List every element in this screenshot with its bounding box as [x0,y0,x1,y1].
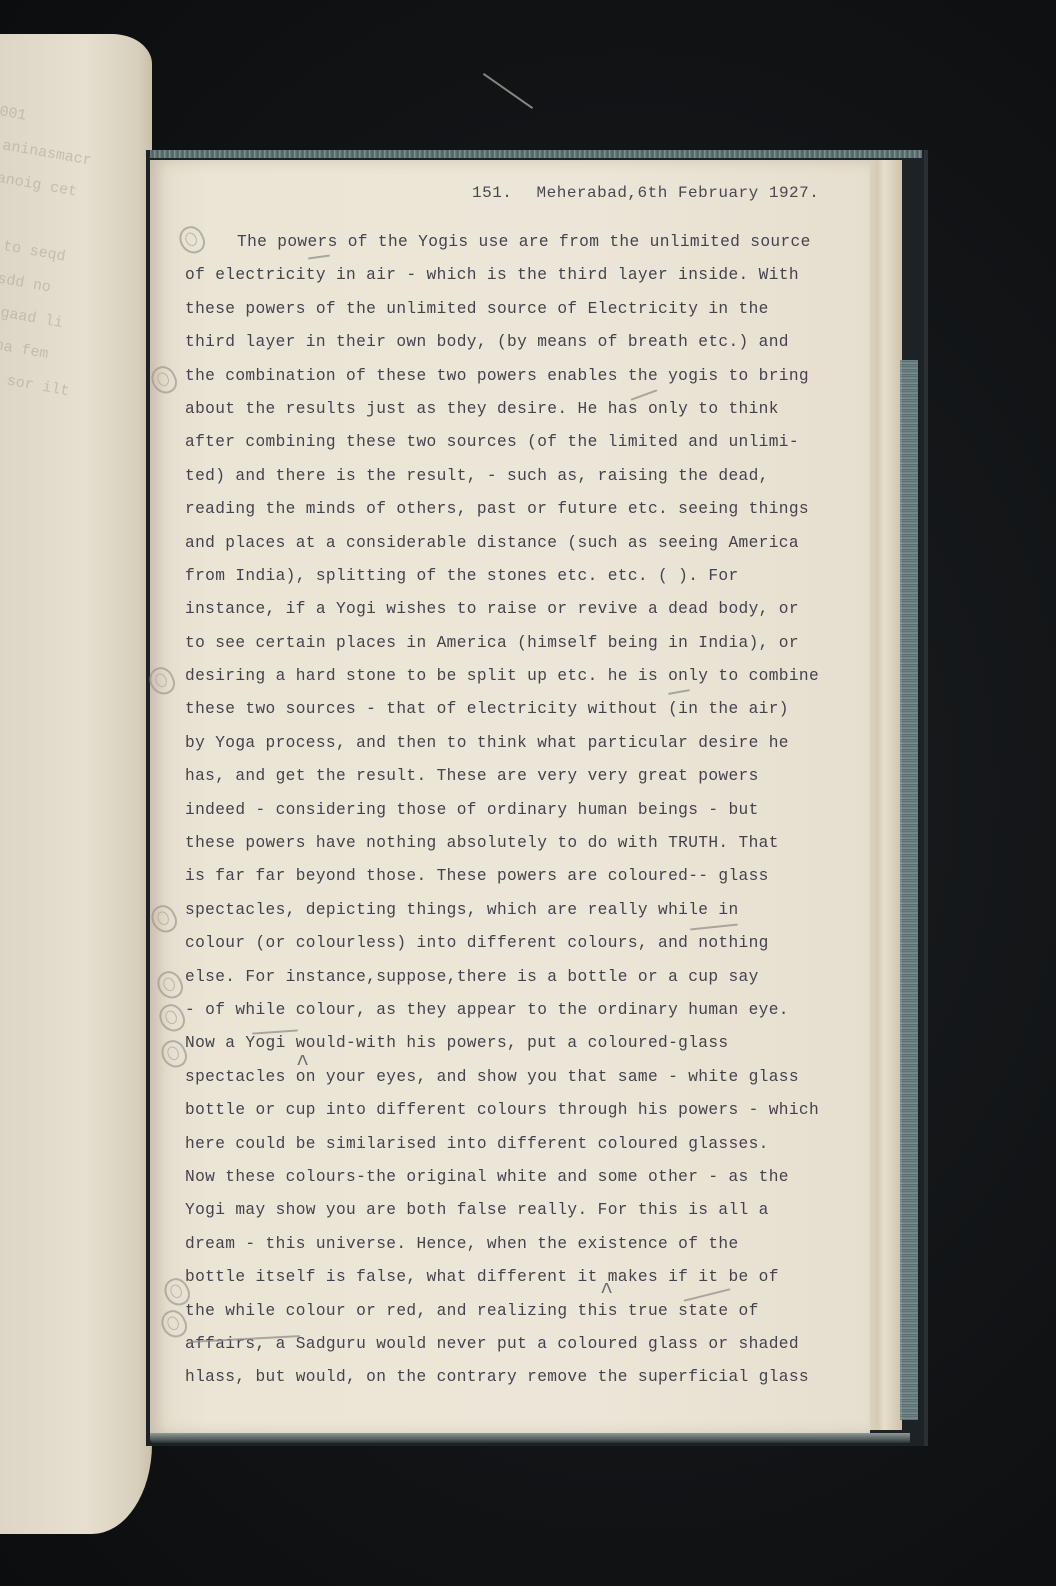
left-page-previous-leaf: 1001 a aninasmacr (sanoig cet ed: to seq… [0,34,152,1534]
text-line: and places at a considerable distance (s… [185,527,875,560]
pencil-caret-mark: ^ [600,1282,613,1304]
page-body-text: The powers of the Yogis use are from the… [185,226,875,1395]
text-line: indeed - considering those of ordinary h… [185,794,875,827]
text-line: these two sources - that of electricity … [185,693,875,726]
text-line: after combining these two sources (of th… [185,426,875,459]
text-line: these powers have nothing absolutely to … [185,827,875,860]
text-line: instance, if a Yogi wishes to raise or r… [185,593,875,626]
text-line: spectacles on your eyes, and show you th… [185,1061,875,1094]
text-line: affairs, a Sadguru would never put a col… [185,1328,875,1361]
text-line: else. For instance,suppose,there is a bo… [185,961,875,994]
text-line: Now a Yogi would-with his powers, put a … [185,1027,875,1060]
text-line: has, and get the result. These are very … [185,760,875,793]
text-line: bottle or cup into different colours thr… [185,1094,875,1127]
page-header: 151. Meherabad,6th February 1927. [472,184,819,202]
text-line: is far far beyond those. These powers ar… [185,860,875,893]
book-top-edge [150,150,922,158]
text-line: Now these colours-the original white and… [185,1161,875,1194]
book-spine-edge [900,360,918,1420]
text-line: desiring a hard stone to be split up etc… [185,660,875,693]
text-line: about the results just as they desire. H… [185,393,875,426]
text-line: The powers of the Yogis use are from the… [185,226,875,259]
page-number: 151. [472,184,512,202]
text-line: bottle itself is false, what different i… [185,1261,875,1294]
text-line: ted) and there is the result, - such as,… [185,460,875,493]
text-line: the while colour or red, and realizing t… [185,1295,875,1328]
book-bottom-edge [150,1433,910,1443]
text-line: hlass, but would, on the contrary remove… [185,1361,875,1394]
text-line: spectacles, depicting things, which are … [185,894,875,927]
pencil-caret-mark: ^ [296,1054,309,1076]
text-line: reading the minds of others, past or fut… [185,493,875,526]
text-line: to see certain places in America (himsel… [185,627,875,660]
text-line: from India), splitting of the stones etc… [185,560,875,593]
text-line: the combination of these two powers enab… [185,360,875,393]
place-date: Meherabad,6th February 1927. [537,184,820,202]
text-line: dream - this universe. Hence, when the e… [185,1228,875,1261]
text-line: by Yoga process, and then to think what … [185,727,875,760]
left-page-bleed-through-text: 1001 a aninasmacr (sanoig cet ed: to seq… [0,34,152,413]
text-line: Yogi may show you are both false really.… [185,1194,875,1227]
text-line: of electricity in air - which is the thi… [185,259,875,292]
text-line: - of while colour, as they appear to the… [185,994,875,1027]
text-line: colour (or colourless) into different co… [185,927,875,960]
text-line: these powers of the unlimited source of … [185,293,875,326]
text-line: here could be similarised into different… [185,1128,875,1161]
text-line: third layer in their own body, (by means… [185,326,875,359]
